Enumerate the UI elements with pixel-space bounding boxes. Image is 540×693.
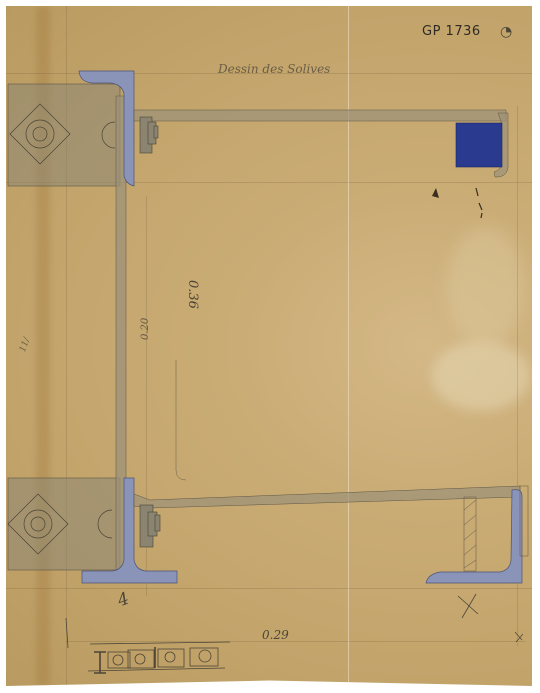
dimension-0-20: 0.20 [140,318,151,340]
dimension-0-36: 0.36 [185,280,200,309]
ink-mark [476,188,482,218]
ink-mark [432,188,439,198]
bottom-bearing-plate [8,478,120,570]
top-joist-flange [134,110,506,121]
bolt-top [140,117,158,153]
bottom-joist-flange [134,486,520,508]
beam-section-drawing [0,0,540,693]
tick-mark-end [515,632,523,642]
hatched-spacer [464,497,476,571]
bottom-section-sketch [66,618,230,673]
drawing-title: Dessin des Solives [218,62,330,76]
bottom-right-angle-iron [426,490,522,583]
top-bearing-plate [8,84,120,186]
reference-number: GP 1736 [422,24,481,39]
solid-blue-block [456,123,502,167]
dimension-bracket [176,360,186,480]
corner-hole-mark: ◔ [500,24,512,40]
dimension-0-29: 0.29 [262,628,289,642]
cross-mark-right [458,594,478,618]
bolt-bottom [140,505,160,547]
